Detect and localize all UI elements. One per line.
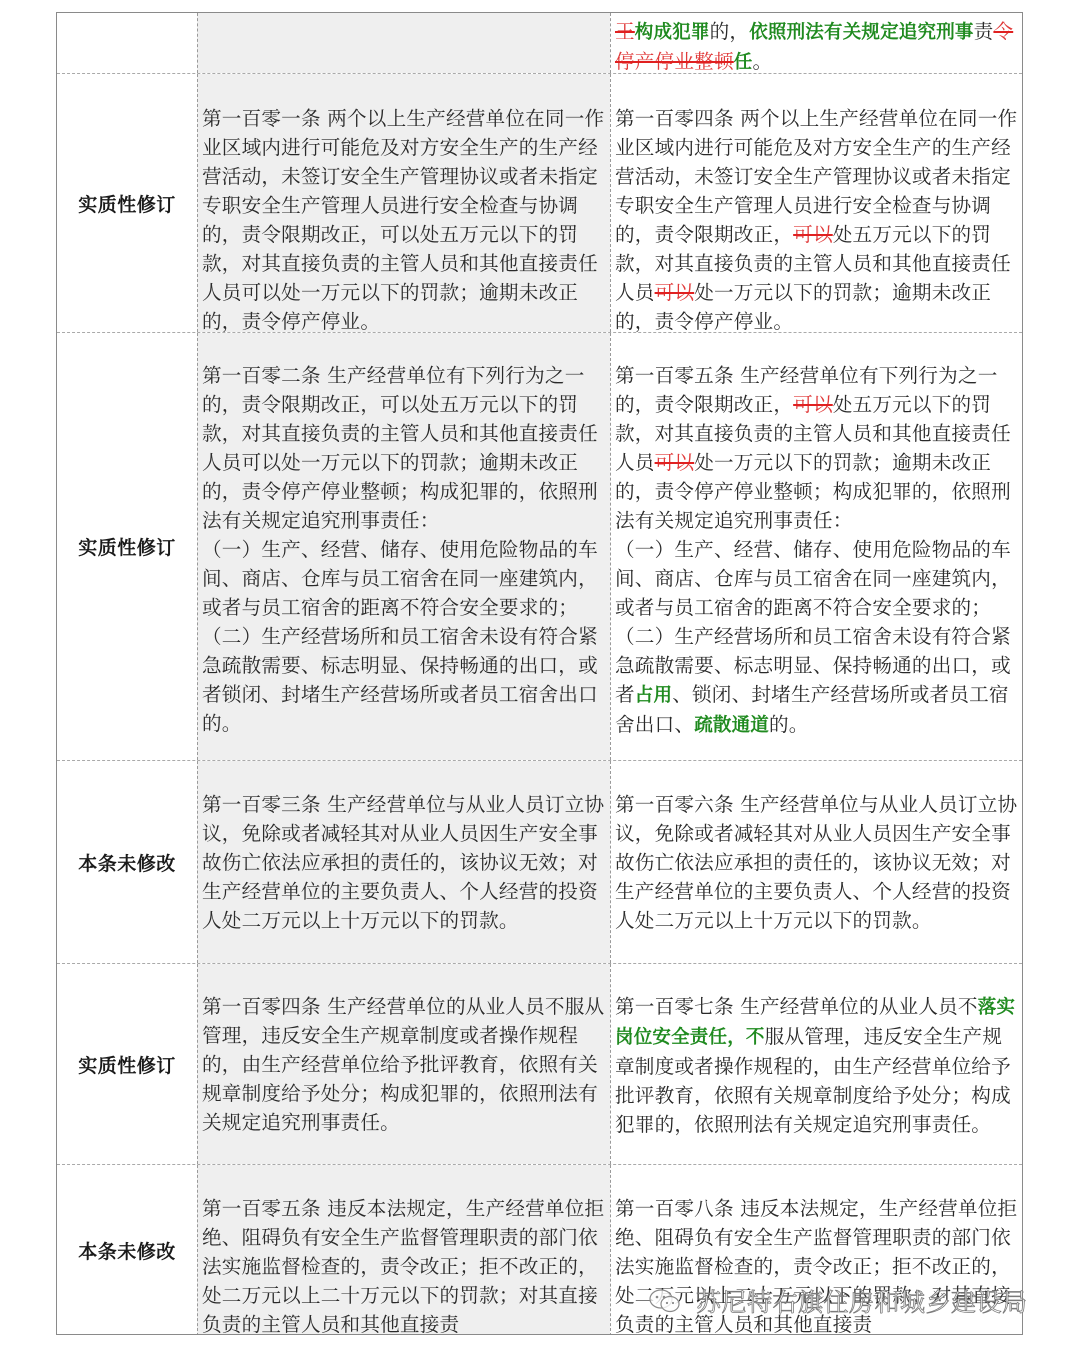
revision-type-label: 实质性修订 [57, 74, 197, 332]
original-article-cell: 第一百零三条 生产经营单位与从业人员订立协议，免除或者减轻其对从业人员因生产安全… [197, 761, 610, 963]
article-text: 第一百零三条 生产经营单位与从业人员订立协议，免除或者减轻其对从业人员因生产安全… [202, 793, 604, 932]
deleted-text: 王 [615, 20, 635, 43]
original-article-cell: 第一百零一条 两个以上生产经营单位在同一作业区域内进行可能危及对方安全生产的生产… [197, 74, 610, 332]
article-text: 、锁闭、封堵生产经营场所或者员工宿舍出口、 [615, 683, 1009, 736]
revised-article-cell: 第一百零八条 违反本法规定，生产经营单位拒绝、阻碍负有安全生产监督管理职责的部门… [610, 1165, 1022, 1335]
revised-article-cell: 王构成犯罪的，依照刑法有关规定追究刑事责令停产停业整顿任。 [610, 13, 1022, 73]
revised-article-cell: 第一百零五条 生产经营单位有下列行为之一的，责令限期改正，可以处五万元以下的罚款… [610, 333, 1022, 760]
original-article-cell: 第一百零四条 生产经营单位的从业人员不服从管理，违反安全生产规章制度或者操作规程… [197, 964, 610, 1164]
article-text: 第一百零二条 生产经营单位有下列行为之一的，责令限期改正，可以处五万元以下的罚款… [202, 364, 598, 532]
deleted-text: 可以 [655, 451, 695, 474]
article-text: 第一百零六条 生产经营单位与从业人员订立协议，免除或者减轻其对从业人员因生产安全… [615, 793, 1017, 932]
added-text: 任 [734, 52, 753, 73]
revision-type-label: 本条未修改 [57, 1165, 197, 1335]
article-text: 的， [710, 20, 750, 43]
article-text: （一）生产、经营、储存、使用危险物品的车间、商店、仓库与员工宿舍在同一座建筑内，… [202, 538, 598, 619]
table-row: 实质性修订第一百零四条 生产经营单位的从业人员不服从管理，违反安全生产规章制度或… [57, 963, 1022, 1164]
revised-article-cell: 第一百零四条 两个以上生产经营单位在同一作业区域内进行可能危及对方安全生产的生产… [610, 74, 1022, 332]
article-text: 的。 [769, 713, 809, 736]
article-text: 责 [974, 20, 994, 43]
revised-article-cell: 第一百零六条 生产经营单位与从业人员订立协议，免除或者减轻其对从业人员因生产安全… [610, 761, 1022, 963]
deleted-text: 可以 [793, 393, 833, 416]
table-row: 本条未修改第一百零三条 生产经营单位与从业人员订立协议，免除或者减轻其对从业人员… [57, 760, 1022, 963]
article-text: 第一百零八条 违反本法规定，生产经营单位拒绝、阻碍负有安全生产监督管理职责的部门… [615, 1197, 1017, 1335]
revision-type-label: 实质性修订 [57, 333, 197, 760]
original-article-cell: 第一百零五条 违反本法规定，生产经营单位拒绝、阻碍负有安全生产监督管理职责的部门… [197, 1165, 610, 1335]
deleted-text: 可以 [793, 223, 833, 246]
revision-type-label: 本条未修改 [57, 761, 197, 963]
table-row: 本条未修改第一百零五条 违反本法规定，生产经营单位拒绝、阻碍负有安全生产监督管理… [57, 1164, 1022, 1335]
article-text: 第一百零四条 生产经营单位的从业人员不服从管理，违反安全生产规章制度或者操作规程… [202, 995, 604, 1134]
article-text: （二）生产经营场所和员工宿舍未设有符合紧急疏散需要、标志明显、保持畅通的出口，或… [202, 625, 598, 735]
article-text: 第一百零一条 两个以上生产经营单位在同一作业区域内进行可能危及对方安全生产的生产… [202, 107, 604, 332]
original-article-cell: 第一百零二条 生产经营单位有下列行为之一的，责令限期改正，可以处五万元以下的罚款… [197, 333, 610, 760]
deleted-text: 可以 [655, 281, 695, 304]
table-row: 实质性修订第一百零一条 两个以上生产经营单位在同一作业区域内进行可能危及对方安全… [57, 73, 1022, 332]
article-text: 第一百零七条 生产经营单位的从业人员不 [615, 995, 978, 1018]
original-article-cell [197, 13, 610, 73]
article-text: 。 [752, 50, 772, 73]
added-text: 疏散通道 [694, 715, 769, 736]
revision-type-label [57, 13, 197, 73]
revised-article-cell: 第一百零七条 生产经营单位的从业人员不落实岗位安全责任，不服从管理，违反安全生产… [610, 964, 1022, 1164]
added-text: 依照刑法有关规定追究刑事 [749, 22, 973, 43]
table-row: 王构成犯罪的，依照刑法有关规定追究刑事责令停产停业整顿任。 [57, 13, 1022, 73]
revision-type-label: 实质性修订 [57, 964, 197, 1164]
table-row: 实质性修订第一百零二条 生产经营单位有下列行为之一的，责令限期改正，可以处五万元… [57, 332, 1022, 760]
added-text: 构成犯罪 [635, 22, 710, 43]
article-text: 第一百零五条 违反本法规定，生产经营单位拒绝、阻碍负有安全生产监督管理职责的部门… [202, 1197, 604, 1335]
article-text: （一）生产、经营、储存、使用危险物品的车间、商店、仓库与员工宿舍在同一座建筑内，… [615, 538, 1011, 619]
comparison-table: 王构成犯罪的，依照刑法有关规定追究刑事责令停产停业整顿任。实质性修订第一百零一条… [56, 12, 1023, 1335]
added-text: 占用 [635, 685, 672, 706]
